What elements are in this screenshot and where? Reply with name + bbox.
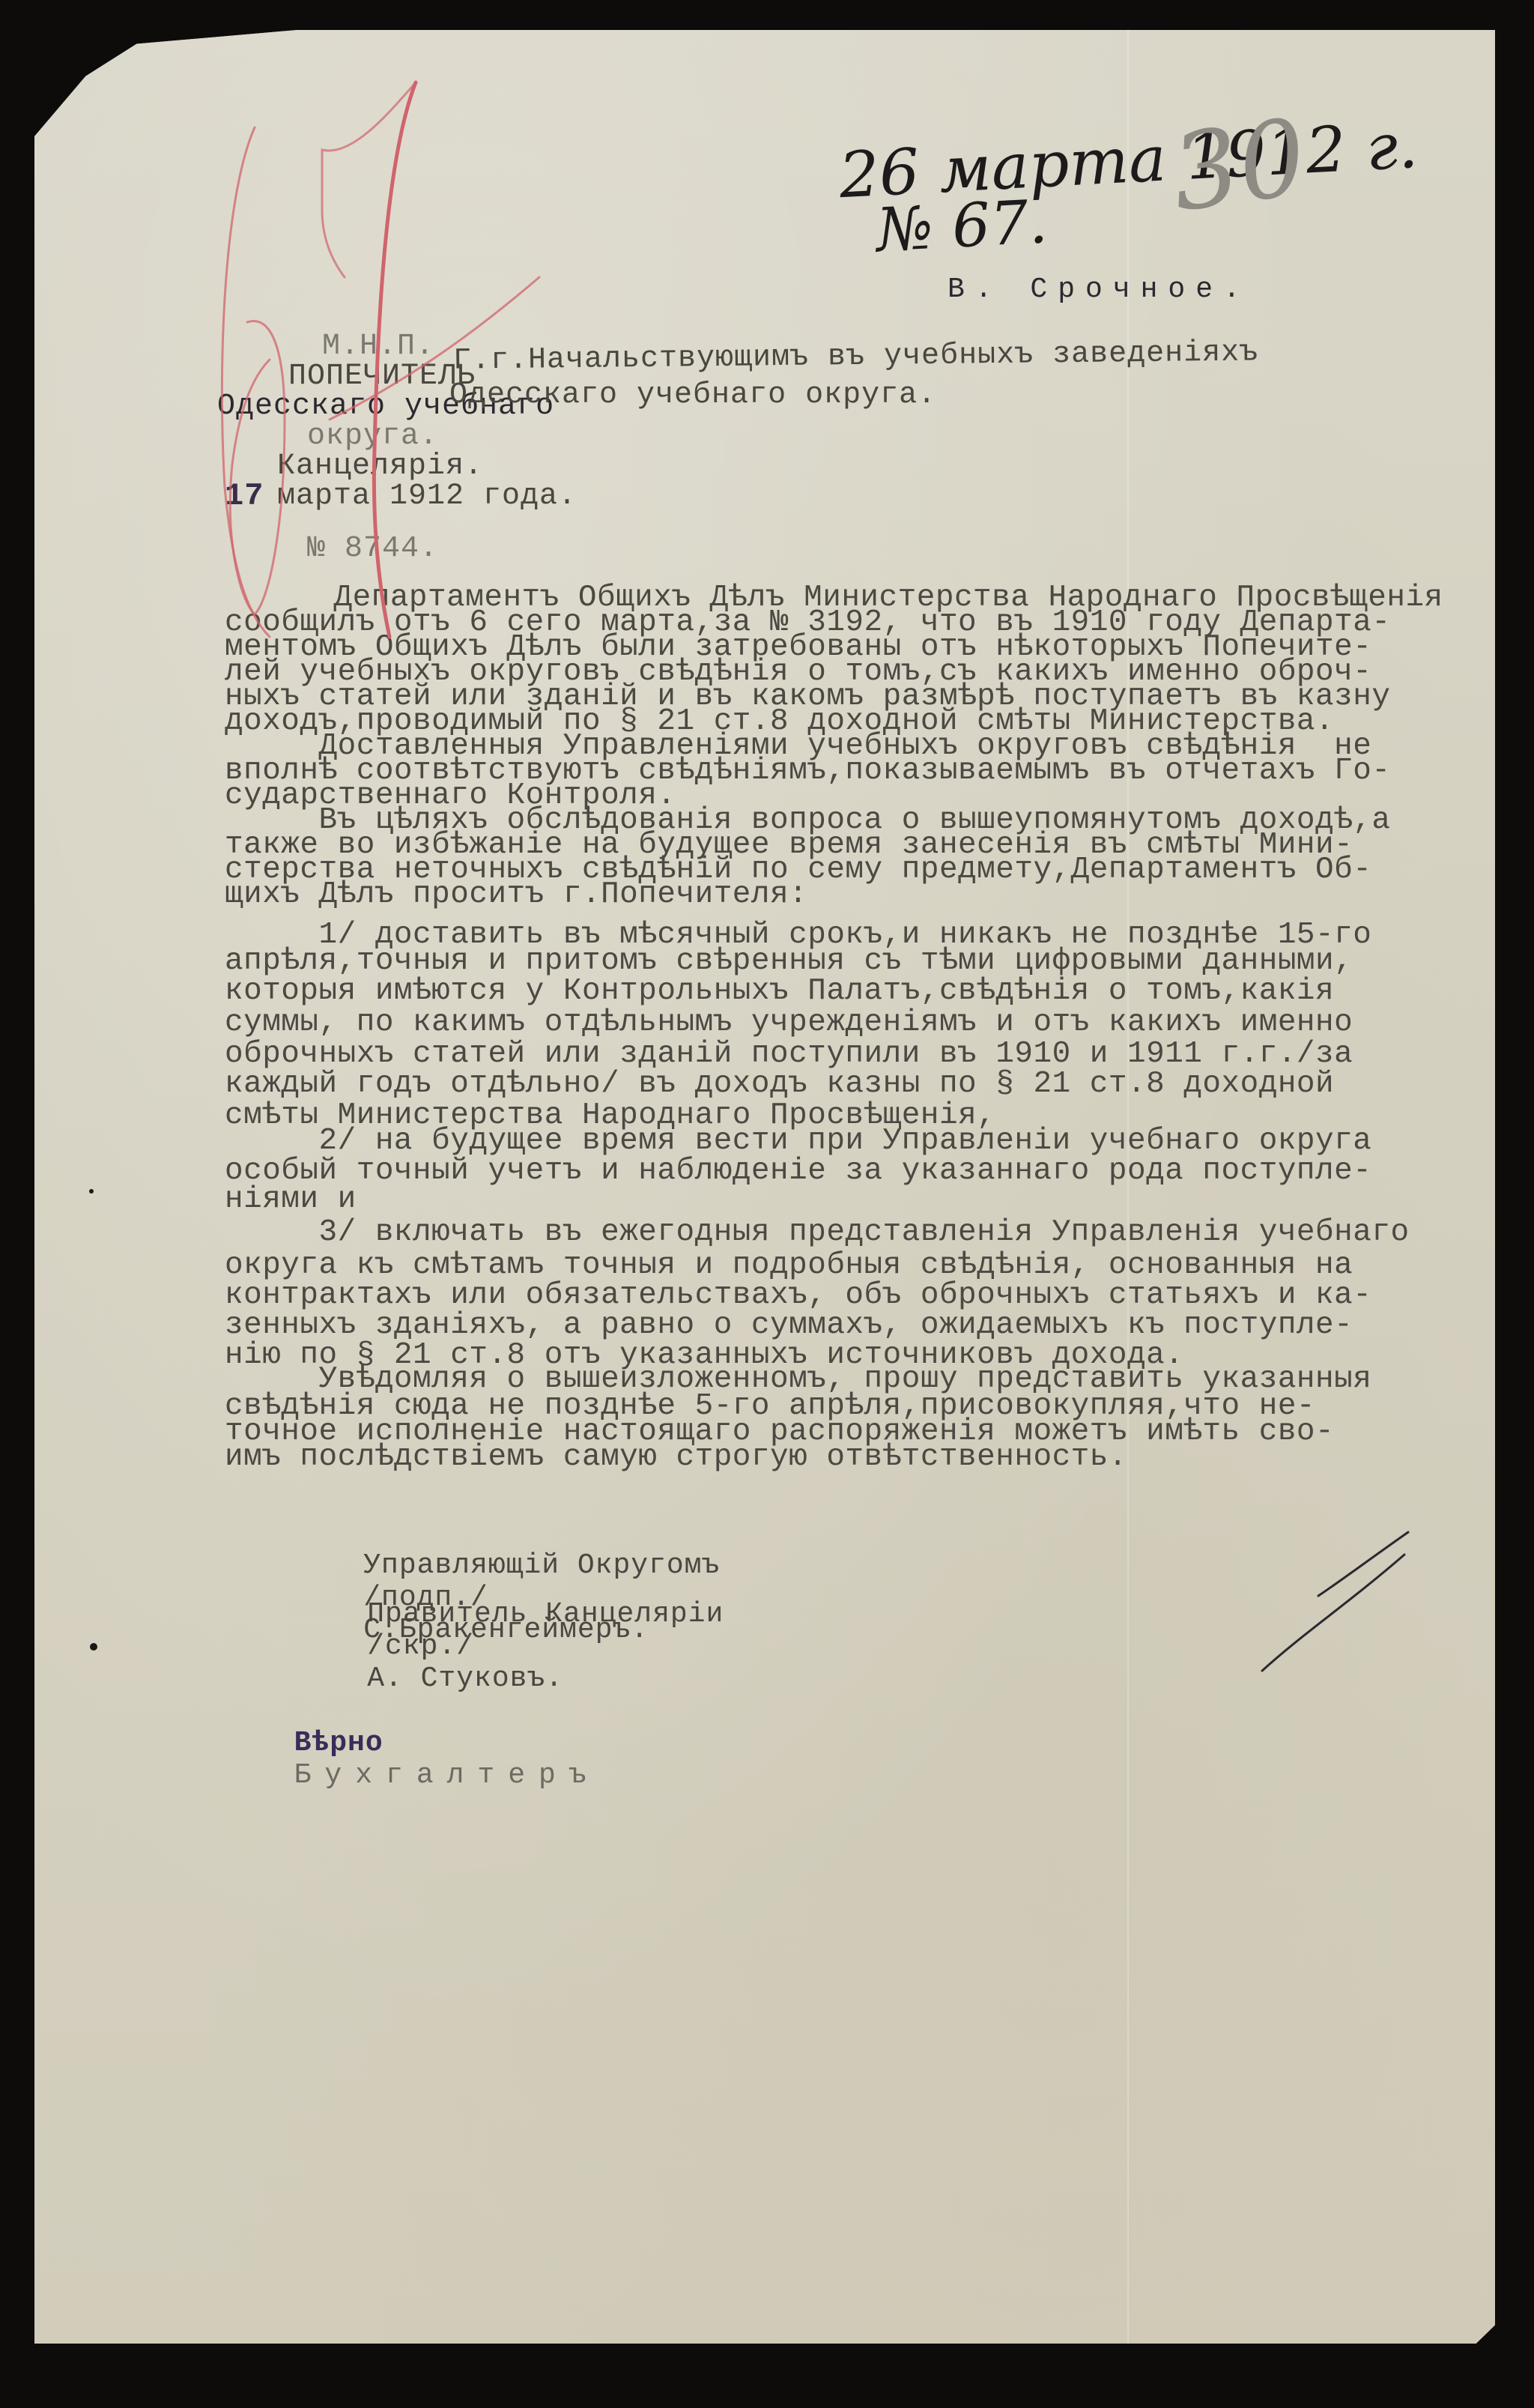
sender-date-rest: марта 1912 года. <box>277 480 577 513</box>
body-line: 3/ включать въ ежегодныя представленія У… <box>225 1215 1410 1250</box>
signature-2-mark: /скр./ <box>367 1630 474 1663</box>
sender-ref-number: № 8744. <box>307 532 438 566</box>
sender-line-chancellery: Канцелярія. <box>277 450 483 483</box>
signature-2-title: Правитель Канцеляріи <box>367 1598 724 1630</box>
addressee-line-2: Одесскаго учебнаго округа. <box>449 378 936 412</box>
certification-line: Вѣрно Бухгалтеръ <box>258 1695 600 1791</box>
certification-role: Бухгалтеръ <box>294 1759 600 1791</box>
sender-date-day: 17 <box>225 478 264 514</box>
body-line: особый точный учетъ и наблюденіе за указ… <box>225 1154 1371 1188</box>
body-line: имъ послѣдствіемъ самую строгую отвѣтств… <box>225 1440 1127 1474</box>
body-line: щихъ Дѣлъ проситъ г.Попечителя: <box>225 877 807 912</box>
certification-label: Вѣрно <box>294 1727 383 1759</box>
sender-line-okrug: округа. <box>307 420 438 453</box>
handwritten-number: № 67. <box>875 187 1049 265</box>
body-line: которыя имѣются у Контрольныхъ Палатъ,св… <box>225 974 1334 1008</box>
body-line: ніями и <box>225 1182 357 1217</box>
body-line: суммы, по какимъ отдѣльнымъ учрежденіямъ… <box>225 1005 1353 1040</box>
signature-2-name: А. Стуковъ. <box>367 1663 563 1695</box>
body-line: каждый годъ отдѣльно/ въ доходъ казны по… <box>225 1067 1334 1101</box>
pencil-page-number: 30 <box>1165 96 1314 235</box>
urgency-label: В. Срочное. <box>948 273 1251 306</box>
